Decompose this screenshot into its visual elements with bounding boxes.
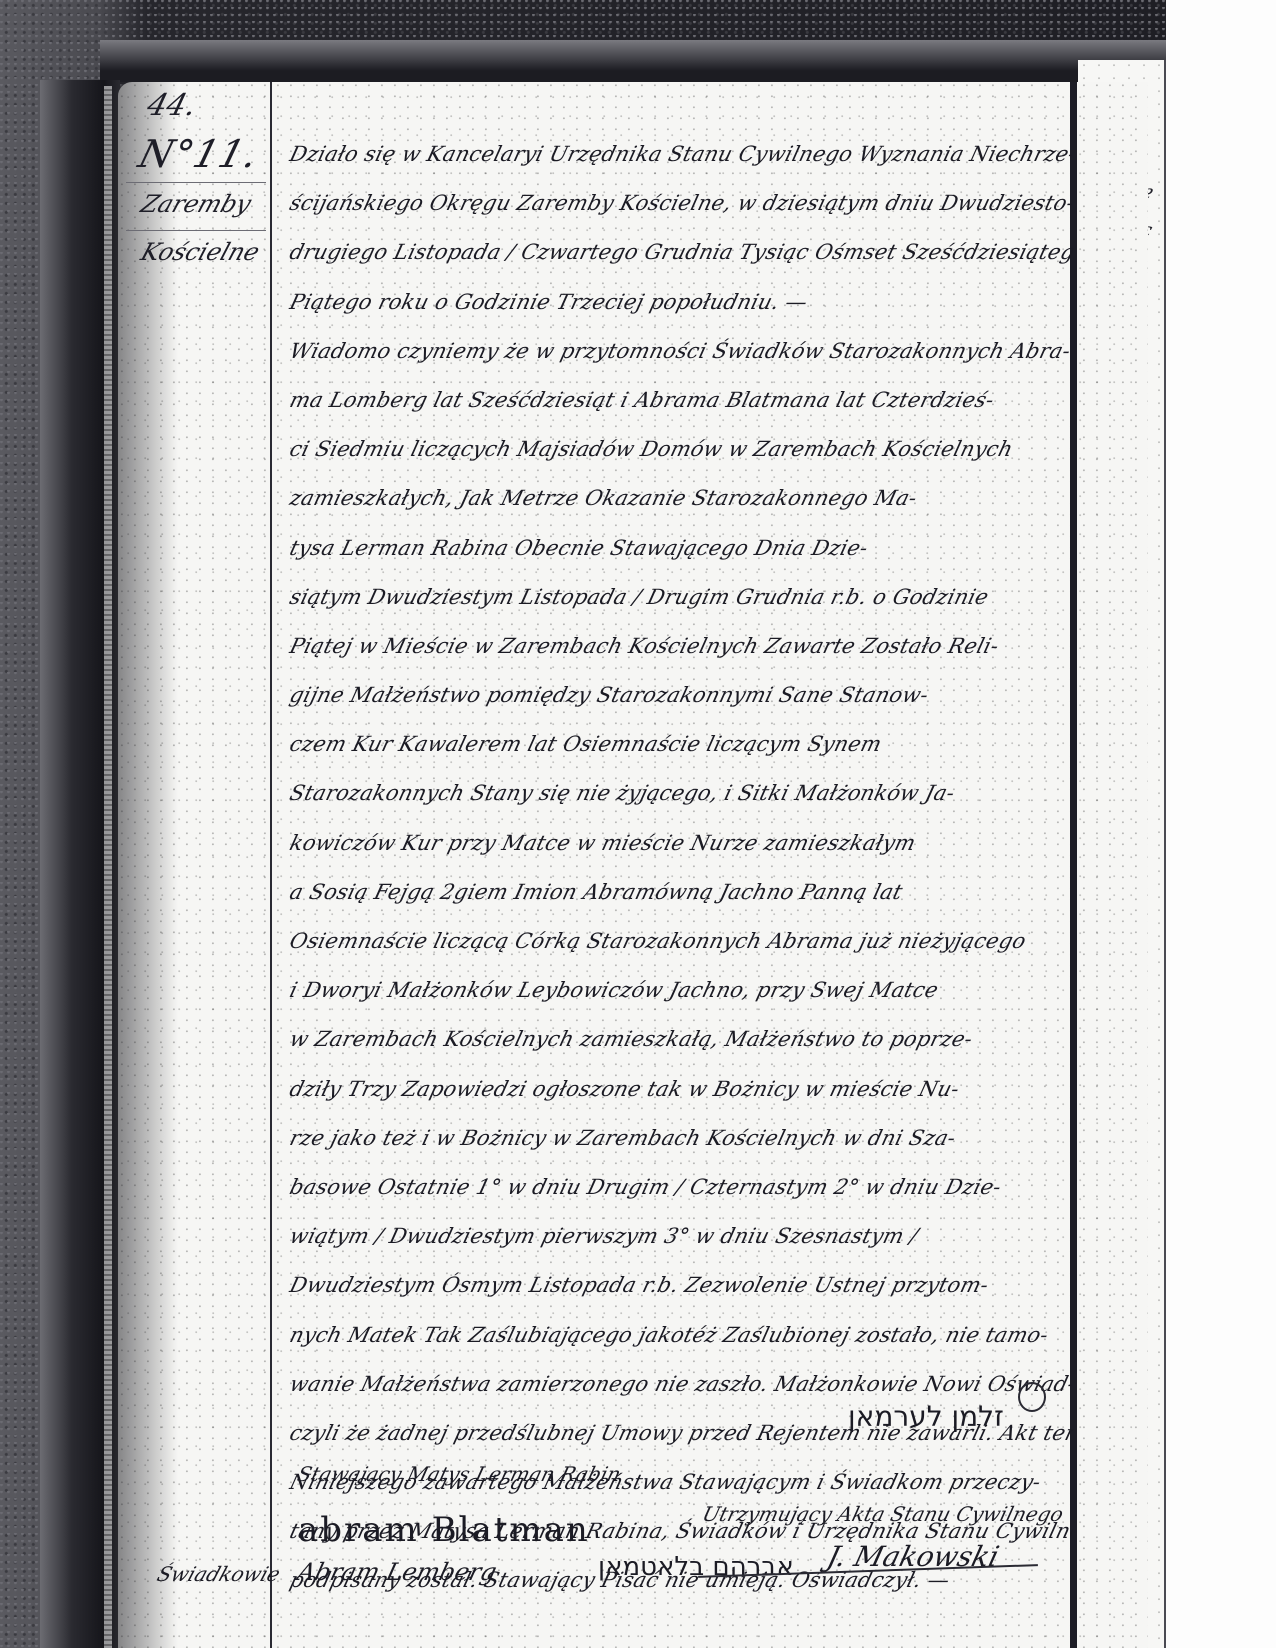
- text-line: ci Siedmiu liczących Majsiadów Domów w Z…: [284, 425, 1078, 474]
- text-line: zamieszkałych, Jak Metrze Okazanie Staro…: [284, 474, 1078, 523]
- witness-signature-blatman: abram Blatman: [298, 1510, 590, 1550]
- text-line: ma Lomberg lat Sześćdziesiąt i Abrama Bl…: [284, 376, 1078, 425]
- margin-divider: [126, 230, 266, 231]
- text-line: nych Matek Tak Zaślubiającego jakotéż Za…: [284, 1311, 1078, 1360]
- text-line: gijne Małżeństwo pomiędzy Starozakonnymi…: [284, 671, 1078, 720]
- hebrew-signature-rabbi: זלמן לערמאן: [848, 1400, 1004, 1433]
- margin-label-village: Zaremby: [137, 190, 254, 218]
- entry-number: N°11.: [134, 132, 263, 176]
- text-line: basowe Ostatnie 1° w dniu Drugim / Czter…: [284, 1163, 1078, 1212]
- text-line: Działo się w Kancelaryi Urzędnika Stanu …: [284, 130, 1078, 179]
- text-line: ścijańskiego Okręgu Zaremby Kościelne, w…: [284, 179, 1078, 228]
- text-line: tysa Lerman Rabina Obecnie Stawającego D…: [284, 524, 1078, 573]
- text-line: Starozakonnych Stany się nie żyjącego, i…: [284, 769, 1078, 818]
- page-shade: [118, 82, 178, 1648]
- text-line: siątym Dwudziestym Listopada / Drugim Gr…: [284, 573, 1078, 622]
- text-line: i Dworyi Małżonków Leybowiczów Jachno, p…: [284, 966, 1078, 1015]
- text-line: dziły Trzy Zapowiedzi ogłoszone tak w Bo…: [284, 1065, 1078, 1114]
- text-line: a Sosią Fejgą 2giem Imion Abramówną Jach…: [284, 868, 1078, 917]
- text-line: Piątego roku o Godzinie Trzeciej popołud…: [284, 278, 1078, 327]
- text-line: kowiczów Kur przy Matce w mieście Nurze …: [284, 819, 1078, 868]
- text-line: Osiemnaście liczącą Córką Starozakonnych…: [284, 917, 1078, 966]
- text-line: Piątej w Mieście w Zarembach Kościelnych…: [284, 622, 1078, 671]
- text-line: drugiego Listopada / Czwartego Grudnia T…: [284, 228, 1078, 277]
- page-edge: [104, 86, 112, 1648]
- register-page: 44. N°11. Zaremby Kościelne Działo się w…: [118, 82, 1148, 1648]
- text-line: Wiadomo czyniemy że w przytomności Świad…: [284, 327, 1078, 376]
- text-line: rze jako też i w Bożnicy w Zarembach Koś…: [284, 1114, 1078, 1163]
- official-title: Utrzymujący Akta Stanu Cywilnego: [700, 1502, 1066, 1526]
- top-binding-shadow: [100, 40, 1222, 84]
- text-line: czem Kur Kawalerem lat Osiemnaście liczą…: [284, 720, 1078, 769]
- text-line: w Zarembach Kościelnych zamieszkałą, Mał…: [284, 1015, 1078, 1064]
- page-number: 44.: [143, 88, 200, 123]
- rabbi-signature-line: Stawający Matys Lerman Rabin: [295, 1462, 623, 1486]
- text-line: Dwudziestym Ósmym Listopada r.b. Zezwole…: [284, 1261, 1078, 1310]
- margin-divider: [126, 182, 266, 183]
- witness-signature-lemberg: Abram Lemberg: [295, 1558, 500, 1586]
- hebrew-signature: אברהם בלאטמאן: [598, 1552, 794, 1582]
- margin-rule: [270, 82, 272, 1648]
- signature-flourish: [1018, 1382, 1046, 1412]
- entry-text: Działo się w Kancelaryi Urzędnika Stanu …: [284, 130, 1066, 1606]
- text-line: wiątym / Dwudziestym pierwszym 3° w dniu…: [284, 1212, 1078, 1261]
- witnesses-label: Świadkowie: [154, 1562, 283, 1586]
- margin-label-parish: Kościelne: [137, 238, 263, 266]
- scan-margin: [1166, 0, 1276, 1648]
